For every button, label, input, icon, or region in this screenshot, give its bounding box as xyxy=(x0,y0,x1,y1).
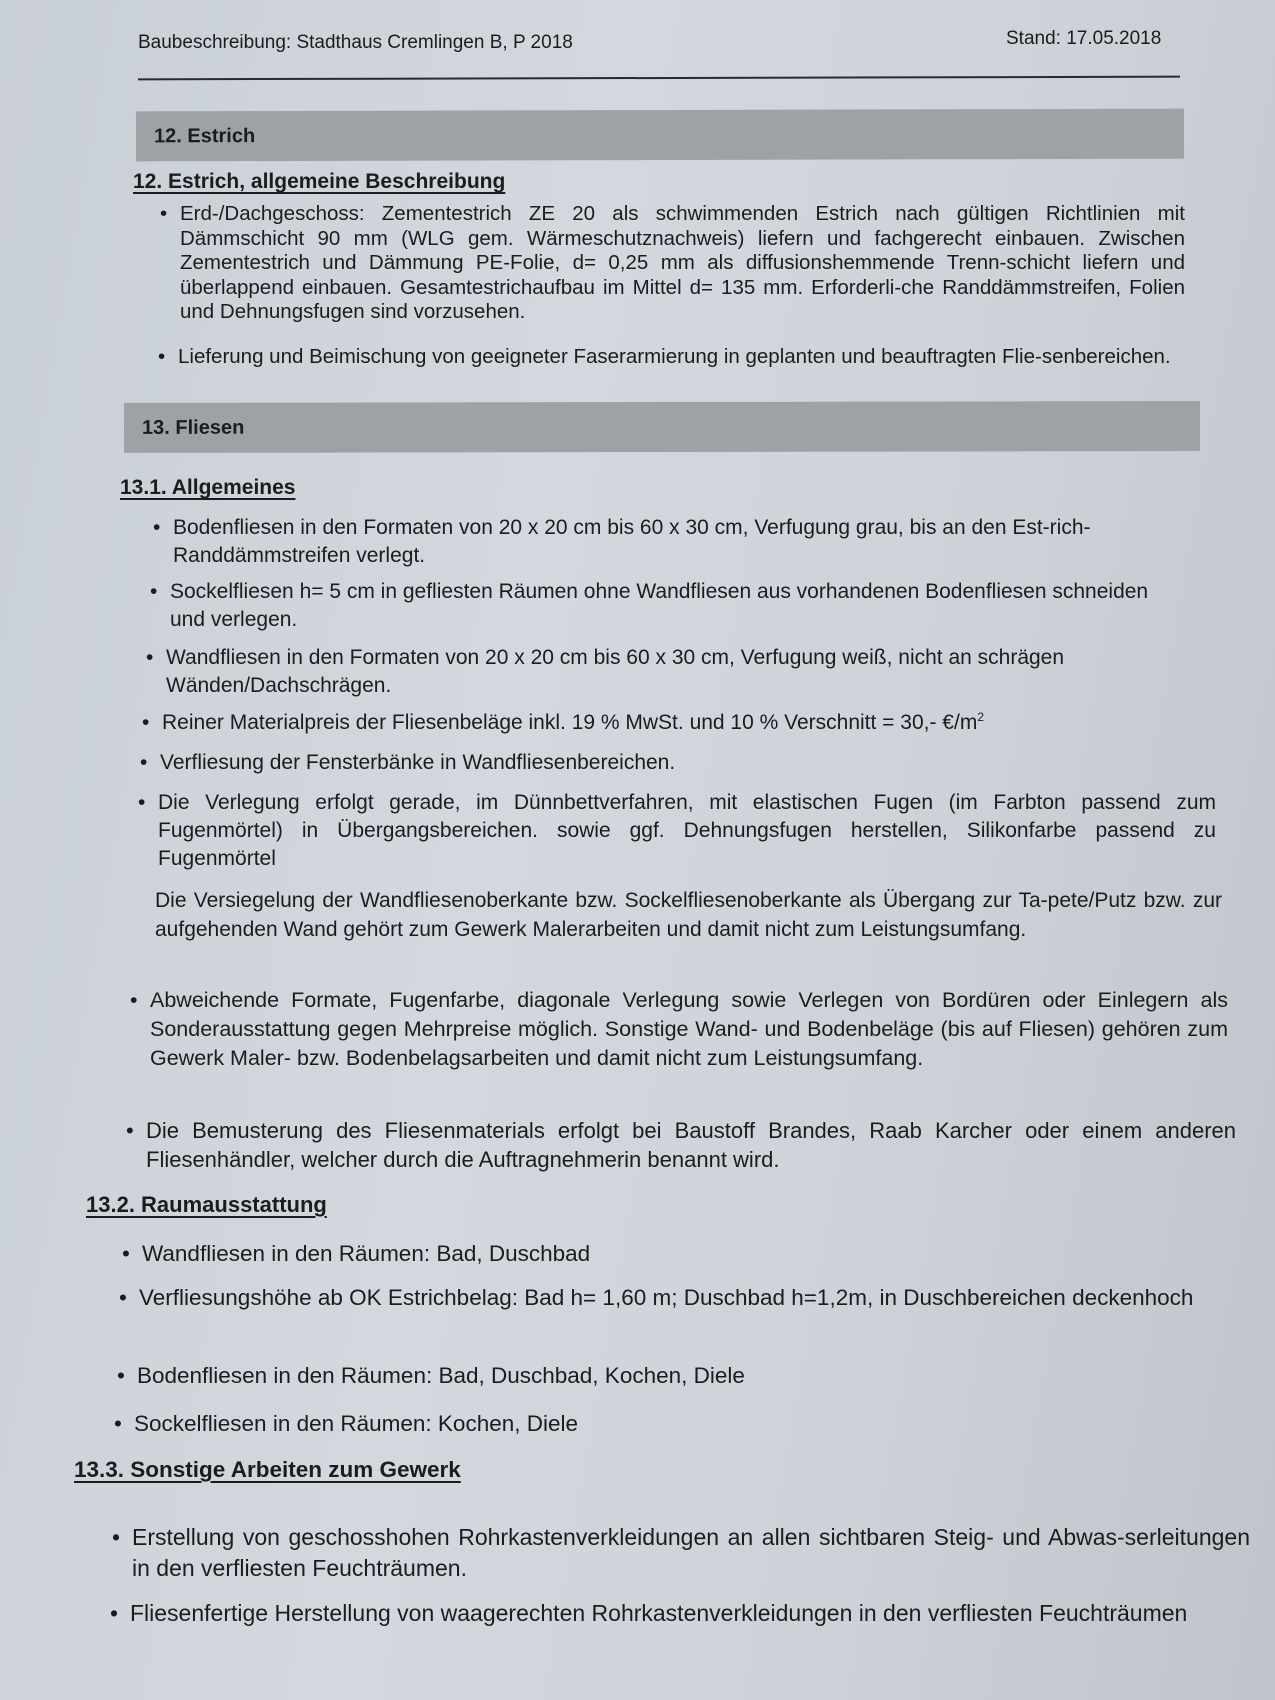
list-item: • Sockelfliesen in den Räumen: Kochen, D… xyxy=(134,1408,1214,1439)
bullet-icon: • xyxy=(160,202,167,227)
list-item-price: • Reiner Materialpreis der Fliesenbeläge… xyxy=(162,709,1202,737)
section-12-subheading: 12. Estrich, allgemeine Beschreibung xyxy=(133,170,505,194)
list-item: • Erd-/Dachgeschoss: Zementestrich ZE 20… xyxy=(180,202,1185,325)
bullet-icon: • xyxy=(126,1116,134,1145)
list-item: • Erstellung von geschosshohen Rohrkaste… xyxy=(132,1522,1250,1584)
list-item: • Fliesenfertige Herstellung von waagere… xyxy=(130,1598,1190,1629)
bullet-icon: • xyxy=(158,344,165,370)
bullet-icon: • xyxy=(150,578,157,606)
list-item: • Wandfliesen in den Formaten von 20 x 2… xyxy=(166,644,1196,700)
bullet-icon: • xyxy=(122,1238,130,1269)
list-item: • Die Bemusterung des Fliesenmaterials e… xyxy=(146,1116,1236,1174)
section-13-band: 13. Fliesen xyxy=(124,401,1200,453)
list-item: • Verfliesungshöhe ab OK Estrichbelag: B… xyxy=(139,1282,1199,1313)
bullet-icon: • xyxy=(146,644,153,672)
header-divider xyxy=(138,76,1180,81)
list-item: • Bodenfliesen in den Formaten von 20 x … xyxy=(173,514,1173,570)
document-page: Baubeschreibung: Stadthaus Cremlingen B,… xyxy=(0,0,1275,1700)
section-12-title: 12. Estrich xyxy=(154,125,255,148)
sealing-note: Die Versiegelung der Wandfliesenoberkant… xyxy=(155,886,1222,944)
document-title: Baubeschreibung: Stadthaus Cremlingen B,… xyxy=(138,32,573,54)
section-13-title: 13. Fliesen xyxy=(142,416,244,439)
list-item: • Abweichende Formate, Fugenfarbe, diago… xyxy=(150,986,1228,1073)
list-item: • Lieferung und Beimischung von geeignet… xyxy=(178,344,1190,370)
list-item: • Sockelfliesen h= 5 cm in gefliesten Rä… xyxy=(170,578,1175,634)
section-13-3-heading: 13.3. Sonstige Arbeiten zum Gewerk xyxy=(74,1457,461,1483)
document-date: Stand: 17.05.2018 xyxy=(1006,28,1161,50)
list-item: • Die Verlegung erfolgt gerade, im Dünnb… xyxy=(158,789,1216,873)
bullet-icon: • xyxy=(110,1598,118,1629)
section-12-band: 12. Estrich xyxy=(136,109,1184,162)
section-13-2-heading: 13.2. Raumausstattung xyxy=(86,1192,327,1218)
bullet-icon: • xyxy=(112,1522,120,1553)
list-item: • Verfliesung der Fensterbänke in Wandfl… xyxy=(160,749,1200,777)
bullet-icon: • xyxy=(153,514,160,542)
superscript: 2 xyxy=(977,710,984,724)
section-13-1-heading: 13.1. Allgemeines xyxy=(120,476,295,500)
bullet-icon: • xyxy=(130,986,138,1015)
list-item: • Wandfliesen in den Räumen: Bad, Duschb… xyxy=(142,1238,1222,1269)
bullet-icon: • xyxy=(114,1408,122,1439)
bullet-icon: • xyxy=(138,789,145,817)
bullet-icon: • xyxy=(142,709,149,737)
list-item: • Bodenfliesen in den Räumen: Bad, Dusch… xyxy=(137,1360,1217,1391)
bullet-icon: • xyxy=(117,1360,125,1391)
bullet-icon: • xyxy=(119,1282,127,1313)
bullet-icon: • xyxy=(140,749,147,777)
